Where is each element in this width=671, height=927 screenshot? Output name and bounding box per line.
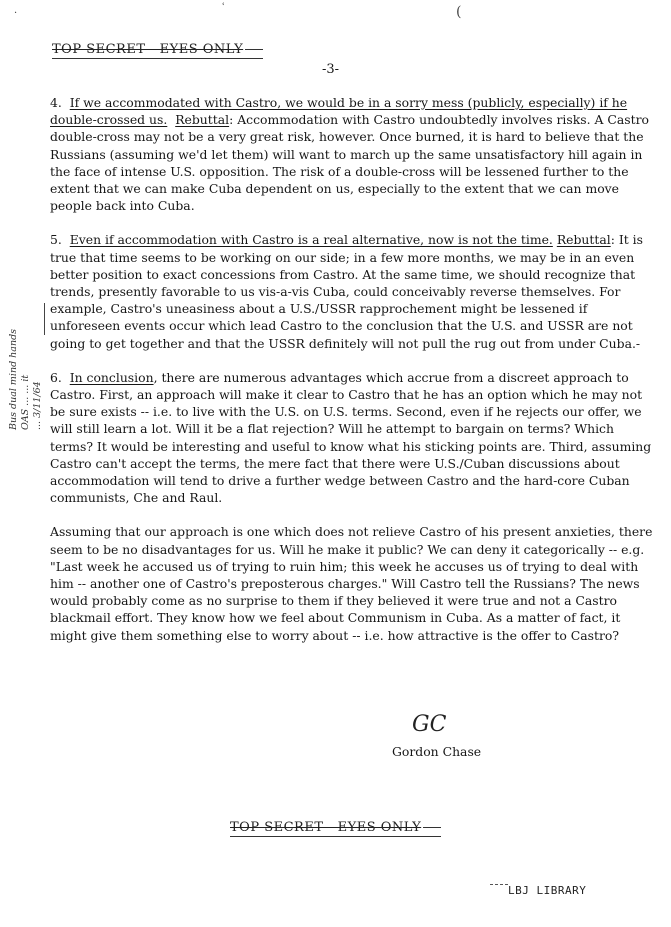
document-body: 4. If we accommodated with Castro, we wo… [50,94,655,661]
strike-tail [245,49,263,50]
rebuttal-label: Rebuttal [557,232,611,247]
paragraph-text: Assuming that our approach is one which … [50,524,652,642]
paragraph-number: 6. [50,370,62,385]
classification-footer-text: TOP SECRET - EYES ONLY [230,820,421,835]
paragraph-number: 4. [50,95,62,110]
paragraph-number: 5. [50,232,62,247]
signer-name: Gordon Chase [392,744,481,759]
margin-bracket-mark [44,303,46,335]
strike-tail [423,827,441,828]
classification-header-text: TOP SECRET - EYES ONLY [52,42,243,57]
paragraph-text: : Accommodation with Castro undoubtedly … [50,112,649,213]
scan-speck: ( [456,4,461,20]
handwritten-margin-note: Bus dual mind hands OAS ... ... it ... 3… [8,329,44,430]
classification-header: TOP SECRET - EYES ONLY [52,42,263,59]
paragraph-heading: In conclusion [70,370,154,385]
paragraph-closing: Assuming that our approach is one which … [50,523,655,643]
scan-speck: ʿ [222,2,225,13]
paragraph-text: : It is true that time seems to be worki… [50,232,643,350]
scan-speck: · [14,8,17,19]
paragraph-4: 4. If we accommodated with Castro, we wo… [50,94,655,214]
signature-initials: GC [412,712,446,737]
page-number: -3- [322,62,339,77]
paragraph-text: , there are numerous advantages which ac… [50,370,651,505]
paragraph-5: 5. Even if accommodation with Castro is … [50,231,655,351]
stamp-line [490,884,508,885]
archive-stamp: LBJ LIBRARY [508,884,586,897]
rebuttal-label: Rebuttal [175,112,229,127]
paragraph-6: 6. In conclusion, there are numerous adv… [50,369,655,507]
classification-footer: TOP SECRET - EYES ONLY [230,820,441,837]
document-page: · ʿ ( TOP SECRET - EYES ONLY -3- Bus dua… [0,0,671,927]
paragraph-heading: Even if accommodation with Castro is a r… [70,232,553,247]
